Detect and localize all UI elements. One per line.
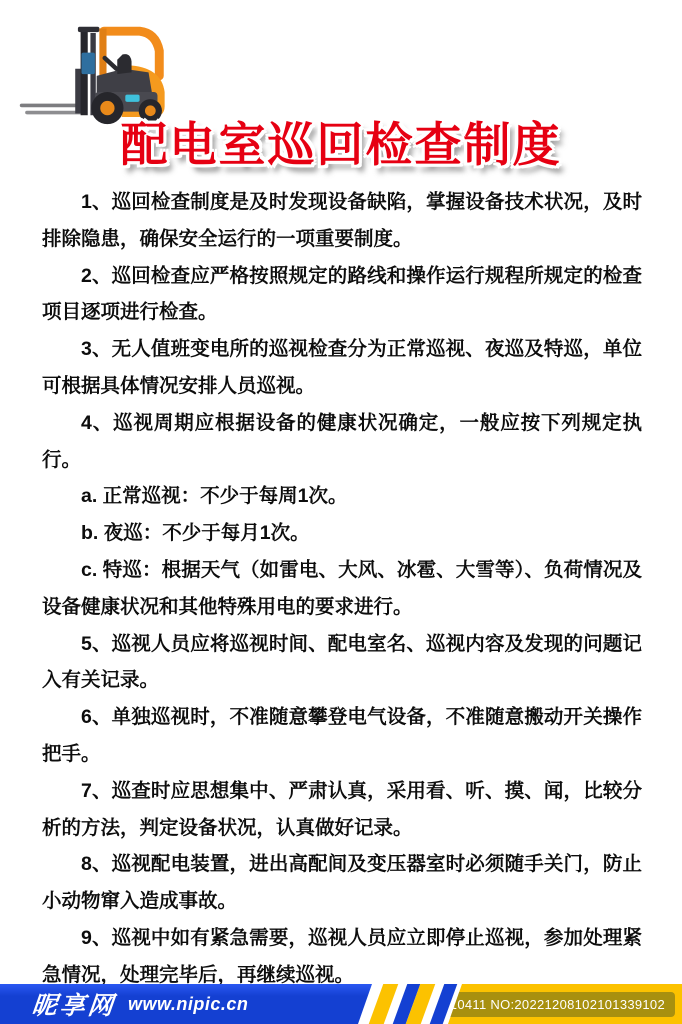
rule-paragraph: 3、无人值班变电所的巡视检查分为正常巡视、夜巡及特巡，单位可根据具体情况安排人员… — [42, 331, 642, 405]
rule-paragraph: 7、巡查时应思想集中、严肃认真，采用看、听、摸、闻，比较分析的方法，判定设备状况… — [42, 773, 642, 847]
rule-paragraph: 8、巡视配电装置，进出高配间及变压器室时必须随手关门，防止小动物窜入造成事故。 — [42, 846, 642, 920]
rule-paragraph: c. 特巡：根据天气（如雷电、大风、冰雹、大雪等）、负荷情况及设备健康状况和其他… — [42, 552, 642, 626]
site-url-text: www.nipic.cn — [128, 994, 248, 1015]
rule-paragraph: 5、巡视人员应将巡视时间、配电室名、巡视内容及发现的问题记入有关记录。 — [42, 626, 642, 700]
footer-id-section: ID:26510411 NO:20221208102101339102 — [448, 984, 682, 1024]
footer-brand-section: 昵享网 www.nipic.cn — [0, 984, 372, 1024]
site-logo: 昵享网 — [30, 986, 118, 1022]
rule-paragraph: 6、单独巡视时，不准随意攀登电气设备，不准随意搬动开关操作把手。 — [42, 699, 642, 773]
rules-list: 1、巡回检查制度是及时发现设备缺陷，掌握设备技术状况，及时排除隐患，确保安全运行… — [42, 184, 642, 994]
footer-watermark-bar: 昵享网 www.nipic.cn ID:26510411 NO:20221208… — [0, 984, 682, 1024]
page-title: 配电室巡回检查制度 — [0, 108, 682, 175]
rule-paragraph: 4、巡视周期应根据设备的健康状况确定，一般应按下列规定执行。 — [42, 405, 642, 479]
rule-paragraph: a. 正常巡视：不少于每周1次。 — [42, 478, 642, 515]
rule-paragraph: 2、巡回检查应严格按照规定的路线和操作运行规程所规定的检查项目逐项进行检查。 — [42, 258, 642, 332]
rule-paragraph: 1、巡回检查制度是及时发现设备缺陷，掌握设备技术状况，及时排除隐患，确保安全运行… — [42, 184, 642, 258]
rule-paragraph: 9、巡视中如有紧急需要，巡视人员应立即停止巡视，参加处理紧急情况，处理完毕后，再… — [42, 920, 642, 994]
rule-paragraph: b. 夜巡：不少于每月1次。 — [42, 515, 642, 552]
